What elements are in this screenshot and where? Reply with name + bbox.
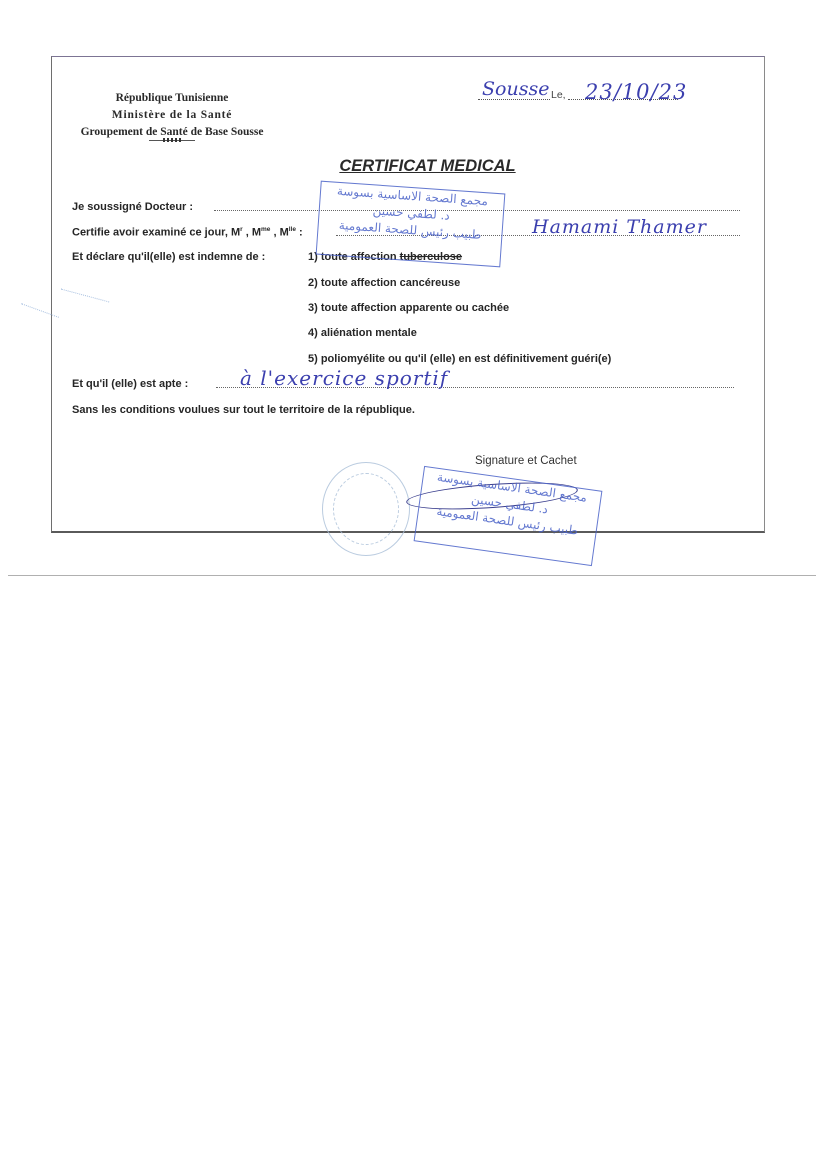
declare-label: Et déclare qu'il(elle) est indemne de :	[72, 251, 265, 263]
apte-handwritten: à l'exercice sportif	[240, 366, 448, 390]
certify-label: Certifie avoir examiné ce jour, Mr , Mme…	[72, 226, 303, 239]
place-handwritten: Sousse	[482, 78, 549, 100]
header-republic: République Tunisienne	[72, 90, 272, 107]
date-handwritten: 23/10/23	[585, 80, 687, 104]
condition-2: 2) toute affection cancéreuse	[308, 277, 460, 289]
condition-4: 4) aliénation mentale	[308, 327, 417, 339]
patient-name-handwritten: Hamami Thamer	[532, 216, 707, 238]
doctor-stamp-top: مجمع الصحة الاساسية بسوسة د. لطفي حسين ط…	[316, 181, 506, 268]
header-ministry: Ministère de la Santé	[72, 107, 272, 124]
signature-label: Signature et Cachet	[475, 455, 577, 467]
issuer-header: République Tunisienne Ministère de la Sa…	[72, 90, 272, 146]
scan-page-edge	[8, 575, 816, 576]
date-label: Le,	[551, 89, 566, 101]
apte-label: Et qu'il (elle) est apte :	[72, 378, 188, 390]
document-title: CERTIFICAT MEDICAL	[0, 157, 827, 176]
doctor-label: Je soussigné Docteur :	[72, 201, 193, 213]
ornament-divider	[149, 140, 195, 145]
place-field[interactable]	[478, 99, 550, 100]
conditions-footer: Sans les conditions voulues sur tout le …	[72, 404, 415, 416]
condition-5: 5) poliomyélite ou qu'il (elle) en est d…	[308, 353, 611, 365]
condition-3: 3) toute affection apparente ou cachée	[308, 302, 509, 314]
round-seal	[322, 462, 410, 556]
